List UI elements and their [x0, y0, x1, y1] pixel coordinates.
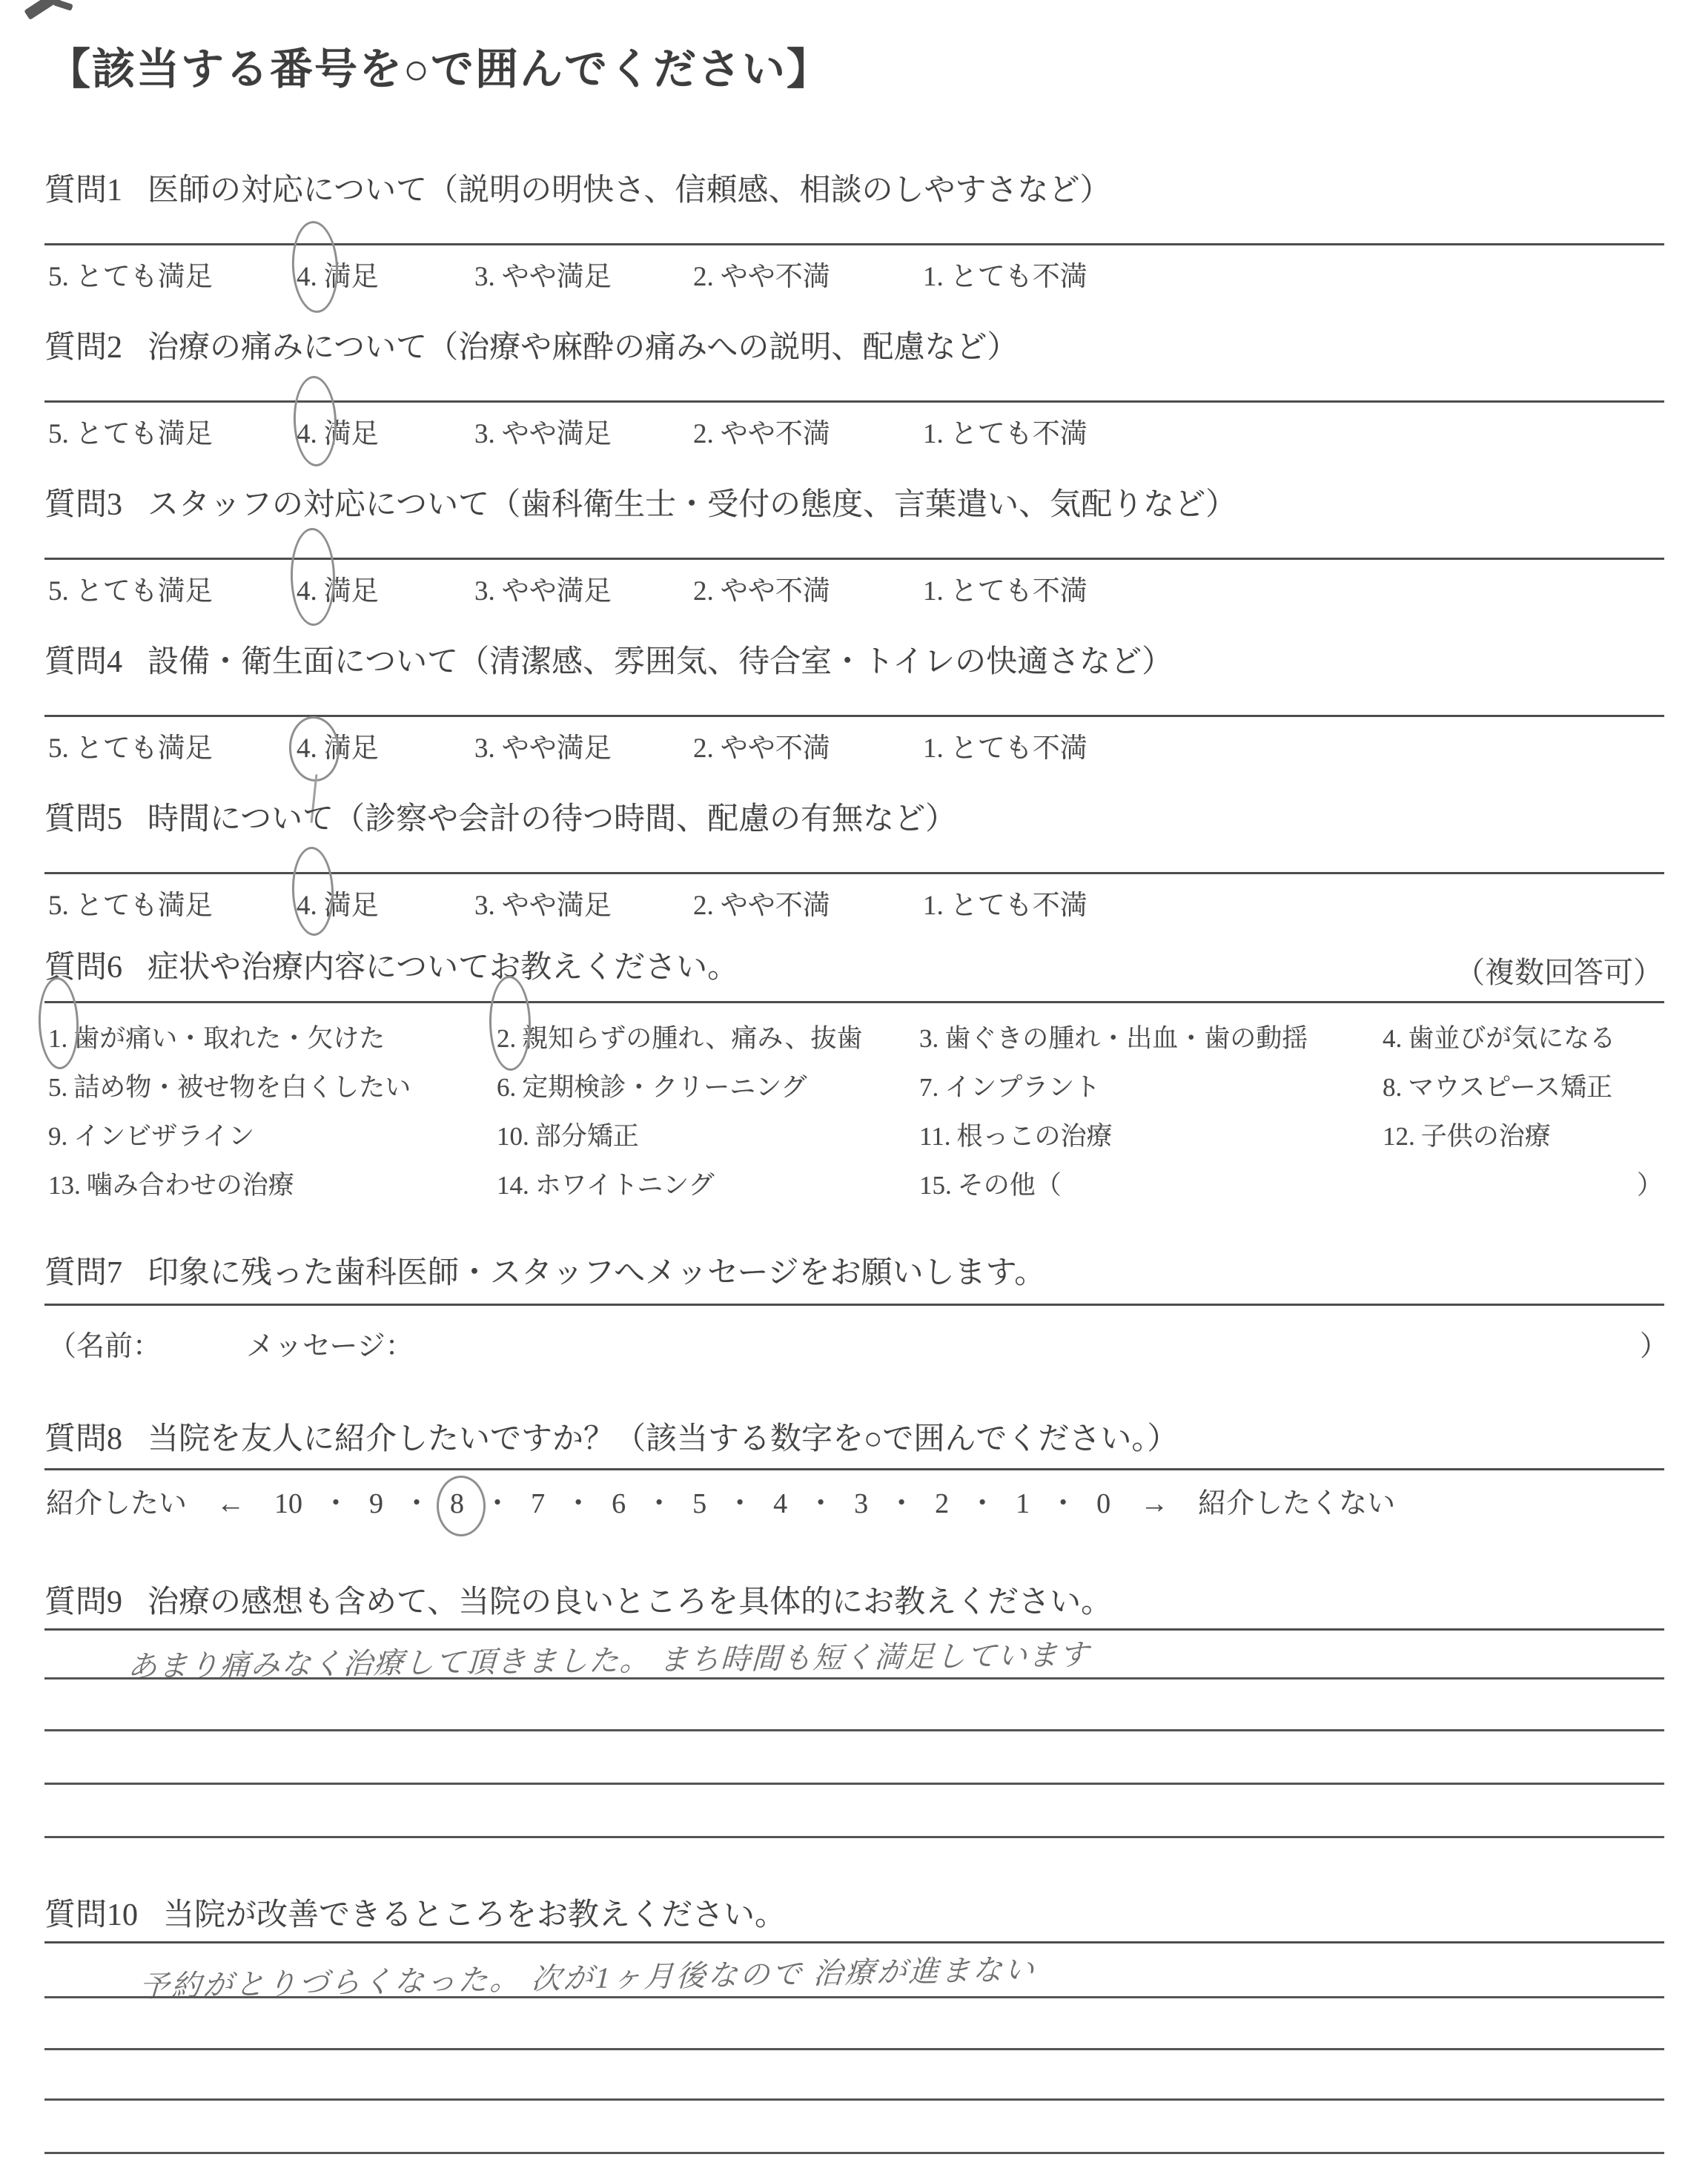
option-3-somewhat-satisfied[interactable]: 3.やや満足 [474, 731, 612, 767]
q6-item-4[interactable]: 4.歯並びが気になる [1383, 1022, 1615, 1056]
option-2-somewhat-dissatisfied[interactable]: 2.やや不満 [693, 260, 830, 295]
divider-line [44, 1628, 1664, 1631]
message-field-label[interactable]: メッセージ： [246, 1323, 414, 1364]
question-9-title: 治療の感想も含めて、当院の良いところを具体的にお教えください。 [148, 1585, 1112, 1619]
question-4-header: 質問4設備・衛生面について（清潔感、雰囲気、待合室・トイレの快適さなど） [44, 642, 1664, 683]
question-2-section: 質問2治療の痛みについて（治療や麻酔の痛みへの説明、配慮など） 5.とても満足 … [44, 328, 1664, 369]
option-5-very-satisfied[interactable]: 5.とても満足 [48, 417, 213, 452]
divider-line [44, 1304, 1664, 1306]
q6-item-13[interactable]: 13.噛み合わせの治療 [48, 1169, 294, 1203]
divider-line [44, 1001, 1664, 1003]
question-1-options: 5.とても満足 4.満足 3.やや満足 2.やや不満 1.とても不満 [44, 260, 1664, 300]
nps-2[interactable]: 2 [935, 1487, 949, 1522]
question-4-section: 質問4設備・衛生面について（清潔感、雰囲気、待合室・トイレの快適さなど） 5.と… [44, 642, 1664, 683]
option-3-somewhat-satisfied[interactable]: 3.やや満足 [474, 888, 612, 924]
question-10-header: 質問10当院が改善できるところをお教えください。 [44, 1895, 1664, 1936]
option-1-very-dissatisfied[interactable]: 1.とても不満 [923, 417, 1088, 452]
question-5-options: 5.とても満足 4.満足 3.やや満足 2.やや不満 1.とても不満 [44, 888, 1664, 928]
question-1-header: 質問1医師の対応について（説明の明快さ、信頼感、相談のしやすさなど） [44, 171, 1664, 211]
option-2-somewhat-dissatisfied[interactable]: 2.やや不満 [693, 731, 830, 767]
scale-right-label: 紹介したくない [1198, 1487, 1395, 1522]
question-2-title: 治療の痛みについて（治療や麻酔の痛みへの説明、配慮など） [148, 331, 1018, 365]
q6-item-7[interactable]: 7.インプラント [919, 1071, 1100, 1105]
option-4-satisfied[interactable]: 4.満足 [297, 417, 379, 452]
question-5-header: 質問5時間について（診察や会計の待つ時間、配慮の有無など） [44, 799, 1664, 840]
question-7-title: 印象に残った歯科医師・スタッフへメッセージをお願いします。 [148, 1256, 1045, 1290]
question-8-header: 質問8当院を友人に紹介したいですか？（該当する数字を○で囲んでください。） [44, 1419, 1664, 1460]
question-2-header: 質問2治療の痛みについて（治療や麻酔の痛みへの説明、配慮など） [44, 328, 1664, 369]
divider-line [44, 715, 1664, 717]
divider-line [44, 243, 1664, 245]
q6-item-14[interactable]: 14.ホワイトニング [497, 1169, 715, 1203]
dot-separator: ・ [1049, 1487, 1077, 1522]
question-8-title: 当院を友人に紹介したいですか？（該当する数字を○で囲んでください。） [148, 1422, 1178, 1456]
option-5-very-satisfied[interactable]: 5.とても満足 [48, 574, 213, 610]
question-9-label: 質問9 [44, 1585, 122, 1619]
question-9-header: 質問9治療の感想も含めて、当院の良いところを具体的にお教えください。 [44, 1582, 1664, 1623]
question-6-label: 質問6 [44, 951, 122, 985]
right-arrow: → [1140, 1487, 1168, 1522]
nps-scale-row: 紹介したい ← 10 ・ 9 ・ 8 ・ 7 ・ 6 ・ 5 ・ 4 ・ 3 ・… [46, 1487, 1395, 1522]
question-5-title: 時間について（診察や会計の待つ時間、配慮の有無など） [148, 802, 956, 836]
nps-5[interactable]: 5 [692, 1487, 706, 1522]
dot-separator: ・ [726, 1487, 754, 1522]
question-7-header: 質問7印象に残った歯科医師・スタッフへメッセージをお願いします。 [44, 1253, 1664, 1294]
q6-item-12[interactable]: 12.子供の治療 [1383, 1120, 1551, 1154]
dot-separator: ・ [645, 1487, 673, 1522]
question-9-section: 質問9治療の感想も含めて、当院の良いところを具体的にお教えください。 あまり痛み… [44, 1582, 1664, 1623]
answer-line[interactable] [44, 1677, 1664, 1680]
nps-10[interactable]: 10 [274, 1487, 302, 1522]
question-3-label: 質問3 [44, 488, 122, 522]
option-4-satisfied[interactable]: 4.満足 [297, 260, 379, 295]
question-1-title: 医師の対応について（説明の明快さ、信頼感、相談のしやすさなど） [148, 174, 1110, 208]
option-5-very-satisfied[interactable]: 5.とても満足 [48, 260, 213, 295]
divider-line [44, 872, 1664, 874]
question-5-label: 質問5 [44, 802, 122, 836]
answer-line[interactable] [44, 1783, 1664, 1785]
multiple-answers-note: （複数回答可） [1455, 949, 1663, 991]
question-5-section: 質問5時間について（診察や会計の待つ時間、配慮の有無など） 5.とても満足 4.… [44, 799, 1664, 840]
question-8-section: 質問8当院を友人に紹介したいですか？（該当する数字を○で囲んでください。） 紹介… [44, 1419, 1664, 1460]
question-4-title: 設備・衛生面について（清潔感、雰囲気、待合室・トイレの快適さなど） [148, 645, 1173, 679]
nps-0[interactable]: 0 [1096, 1487, 1110, 1522]
name-field-label[interactable]: （名前： [48, 1323, 161, 1364]
q6-item-3[interactable]: 3.歯ぐきの腫れ・出血・歯の動揺 [919, 1022, 1308, 1056]
question-4-options: 5.とても満足 4.満足 3.やや満足 2.やや不満 1.とても不満 [44, 731, 1664, 771]
question-3-options: 5.とても満足 4.満足 3.やや満足 2.やや不満 1.とても不満 [44, 574, 1664, 614]
answer-line[interactable] [44, 1996, 1664, 1998]
q6-item-6[interactable]: 6.定期検診・クリーニング [497, 1071, 807, 1105]
nps-8[interactable]: 8 [450, 1487, 464, 1522]
answer-line[interactable] [44, 2098, 1664, 2101]
question-4-label: 質問4 [44, 645, 122, 679]
divider-line [44, 1941, 1664, 1943]
option-4-satisfied[interactable]: 4.満足 [297, 574, 379, 610]
option-2-somewhat-dissatisfied[interactable]: 2.やや不満 [693, 888, 830, 924]
divider-line [44, 1468, 1664, 1470]
option-3-somewhat-satisfied[interactable]: 3.やや満足 [474, 574, 612, 610]
dot-separator: ・ [322, 1487, 350, 1522]
scan-artifact [53, 0, 73, 11]
nps-7[interactable]: 7 [531, 1487, 545, 1522]
question-10-title: 当院が改善できるところをお教えください。 [163, 1898, 786, 1932]
question-3-section: 質問3スタッフの対応について（歯科衛生士・受付の態度、言葉遣い、気配りなど） 5… [44, 485, 1664, 526]
option-3-somewhat-satisfied[interactable]: 3.やや満足 [474, 417, 612, 452]
answer-line[interactable] [44, 1836, 1664, 1838]
question-3-header: 質問3スタッフの対応について（歯科衛生士・受付の態度、言葉遣い、気配りなど） [44, 485, 1664, 526]
option-5-very-satisfied[interactable]: 5.とても満足 [48, 731, 213, 767]
close-paren: ） [1640, 1323, 1668, 1364]
option-2-somewhat-dissatisfied[interactable]: 2.やや不満 [693, 417, 830, 452]
option-4-satisfied[interactable]: 4.満足 [297, 888, 379, 924]
question-1-section: 質問1医師の対応について（説明の明快さ、信頼感、相談のしやすさなど） 5.とても… [44, 171, 1664, 211]
question-7-section: 質問7印象に残った歯科医師・スタッフへメッセージをお願いします。 （名前： メッ… [44, 1253, 1664, 1294]
scale-left-label: 紹介したい [46, 1487, 187, 1522]
question-6-section: 質問6症状や治療内容についてお教えください。 （複数回答可） 1.歯が痛い・取れ… [44, 948, 1664, 988]
q6-item-11[interactable]: 11.根っこの治療 [919, 1120, 1112, 1154]
option-4-satisfied[interactable]: 4.満足 [297, 731, 379, 767]
nps-4[interactable]: 4 [773, 1487, 787, 1522]
dot-separator: ・ [403, 1487, 431, 1522]
divider-line [44, 400, 1664, 403]
question-10-section: 質問10当院が改善できるところをお教えください。 予約がとりづらくなった。 次が… [44, 1895, 1664, 1936]
option-1-very-dissatisfied[interactable]: 1.とても不満 [923, 260, 1088, 295]
q6-item-9[interactable]: 9.インビザライン [48, 1120, 254, 1154]
nps-3[interactable]: 3 [854, 1487, 868, 1522]
q6-item-1[interactable]: 1.歯が痛い・取れた・欠けた [48, 1022, 385, 1056]
dot-separator: ・ [564, 1487, 592, 1522]
q6-item-5[interactable]: 5.詰め物・被せ物を白くしたい [48, 1071, 411, 1105]
option-1-very-dissatisfied[interactable]: 1.とても不満 [923, 574, 1088, 610]
dot-separator: ・ [483, 1487, 512, 1522]
question-10-label: 質問10 [44, 1898, 138, 1932]
q6-item-10[interactable]: 10.部分矯正 [497, 1120, 639, 1154]
q6-item-8[interactable]: 8.マウスピース矯正 [1383, 1071, 1612, 1105]
option-3-somewhat-satisfied[interactable]: 3.やや満足 [474, 260, 612, 295]
divider-line [44, 558, 1664, 560]
nps-1[interactable]: 1 [1016, 1487, 1030, 1522]
answer-line[interactable] [44, 2048, 1664, 2050]
survey-form-page: 【該当する番号を○で囲んでください】 質問1医師の対応について（説明の明快さ、信… [0, 0, 1708, 2160]
option-2-somewhat-dissatisfied[interactable]: 2.やや不満 [693, 574, 830, 610]
nps-9[interactable]: 9 [369, 1487, 383, 1522]
question-1-label: 質問1 [44, 174, 122, 208]
q6-item-2[interactable]: 2.親知らずの腫れ、痛み、抜歯 [497, 1022, 862, 1056]
dot-separator: ・ [807, 1487, 835, 1522]
dot-separator: ・ [968, 1487, 996, 1522]
question-3-title: スタッフの対応について（歯科衛生士・受付の態度、言葉遣い、気配りなど） [148, 488, 1237, 522]
option-5-very-satisfied[interactable]: 5.とても満足 [48, 888, 213, 924]
q6-other-close-paren: ） [1637, 1169, 1663, 1203]
question-2-label: 質問2 [44, 331, 122, 365]
nps-6[interactable]: 6 [612, 1487, 626, 1522]
left-arrow: ← [216, 1487, 245, 1522]
question-7-label: 質問7 [44, 1256, 122, 1290]
question-8-label: 質問8 [44, 1422, 122, 1456]
q6-item-15-other[interactable]: 15.その他（ [919, 1169, 1062, 1203]
option-1-very-dissatisfied[interactable]: 1.とても不満 [923, 888, 1088, 924]
answer-line[interactable] [44, 2152, 1664, 2154]
question-6-header: 質問6症状や治療内容についてお教えください。 [44, 948, 1664, 988]
answer-line[interactable] [44, 1729, 1664, 1731]
page-title: 【該当する番号を○で囲んでください】 [47, 34, 831, 96]
question-2-options: 5.とても満足 4.満足 3.やや満足 2.やや不満 1.とても不満 [44, 417, 1664, 457]
option-1-very-dissatisfied[interactable]: 1.とても不満 [923, 731, 1088, 767]
dot-separator: ・ [887, 1487, 916, 1522]
question-6-title: 症状や治療内容についてお教えください。 [148, 951, 738, 985]
